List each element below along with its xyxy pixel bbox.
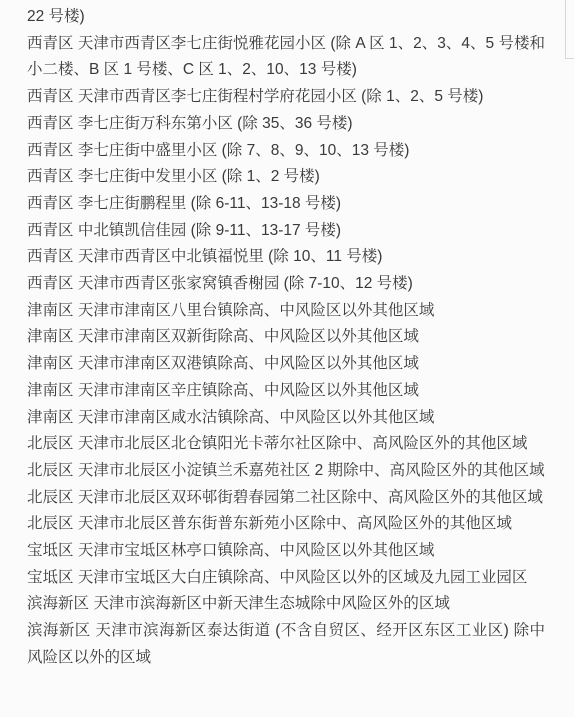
area-text: 天津市津南区咸水沽镇除高、中风险区以外其他区域 [78, 409, 435, 426]
area-text: 天津市滨海新区泰达街道 (不含自贸区、经开区东区工业区) 除中风险区以外的区域 [27, 622, 545, 666]
area-text: 天津市津南区双港镇除高、中风险区以外其他区域 [78, 355, 419, 372]
region-label: 津南区 [27, 328, 74, 345]
region-label: 西青区 [27, 222, 74, 239]
area-text: 天津市宝坻区大白庄镇除高、中风险区以外的区域及九园工业园区 [78, 569, 528, 586]
region-label: 西青区 [27, 115, 74, 132]
list-item: 北辰区 天津市北辰区普东街普东新苑小区除中、高风险区外的其他区域 [27, 511, 545, 538]
region-label: 北辰区 [27, 515, 74, 532]
area-text: 天津市津南区辛庄镇除高、中风险区以外其他区域 [78, 382, 419, 399]
list-item: 宝坻区 天津市宝坻区大白庄镇除高、中风险区以外的区域及九园工业园区 [27, 565, 545, 592]
area-text: 天津市西青区中北镇福悦里 (除 10、11 号楼) [78, 248, 383, 265]
list-item: 西青区 中北镇凯信佳园 (除 9-11、13-17 号楼) [27, 218, 545, 245]
region-label: 宝坻区 [27, 569, 74, 586]
area-text: 李七庄街鹏程里 (除 6-11、13-18 号楼) [78, 195, 341, 212]
clipped-panel-corner [565, 0, 574, 59]
region-label: 西青区 [27, 142, 74, 159]
area-text: 天津市津南区八里台镇除高、中风险区以外其他区域 [78, 302, 435, 319]
area-text: 天津市津南区双新街除高、中风险区以外其他区域 [78, 328, 419, 345]
region-label: 宝坻区 [27, 542, 74, 559]
region-label: 西青区 [27, 195, 74, 212]
list-item: 津南区 天津市津南区咸水沽镇除高、中风险区以外其他区域 [27, 405, 545, 432]
area-text: 天津市西青区李七庄街程村学府花园小区 (除 1、2、5 号楼) [78, 88, 484, 105]
list-item: 西青区 李七庄街中发里小区 (除 1、2 号楼) [27, 164, 545, 191]
list-item: 22 号楼) [27, 4, 545, 31]
area-text: 中北镇凯信佳园 (除 9-11、13-17 号楼) [78, 222, 341, 239]
region-label: 西青区 [27, 248, 74, 265]
area-text: 李七庄街中盛里小区 (除 7、8、9、10、13 号楼) [78, 142, 410, 159]
region-label: 滨海新区 [27, 595, 89, 612]
region-label: 北辰区 [27, 462, 74, 479]
list-item: 津南区 天津市津南区辛庄镇除高、中风险区以外其他区域 [27, 378, 545, 405]
list-item: 宝坻区 天津市宝坻区林亭口镇除高、中风险区以外其他区域 [27, 538, 545, 565]
region-label: 西青区 [27, 275, 74, 292]
region-label: 北辰区 [27, 489, 74, 506]
region-label: 西青区 [27, 168, 74, 185]
area-text: 天津市滨海新区中新天津生态城除中风险区外的区域 [93, 595, 450, 612]
area-text: 李七庄街万科东第小区 (除 35、36 号楼) [78, 115, 353, 132]
area-text: 天津市西青区李七庄街悦雅花园小区 (除 A 区 1、2、3、4、5 号楼和小二楼… [27, 35, 545, 79]
list-item: 北辰区 天津市北辰区小淀镇兰禾嘉苑社区 2 期除中、高风险区外的其他区域 [27, 458, 545, 485]
area-text: 天津市北辰区普东街普东新苑小区除中、高风险区外的其他区域 [78, 515, 512, 532]
region-label: 津南区 [27, 382, 74, 399]
list-item: 北辰区 天津市北辰区双环邨街碧春园第二社区除中、高风险区外的其他区域 [27, 485, 545, 512]
list-item: 滨海新区 天津市滨海新区中新天津生态城除中风险区外的区域 [27, 591, 545, 618]
list-item: 西青区 李七庄街中盛里小区 (除 7、8、9、10、13 号楼) [27, 138, 545, 165]
area-text: 天津市宝坻区林亭口镇除高、中风险区以外其他区域 [78, 542, 435, 559]
list-item: 津南区 天津市津南区双港镇除高、中风险区以外其他区域 [27, 351, 545, 378]
list-item: 西青区 天津市西青区李七庄街悦雅花园小区 (除 A 区 1、2、3、4、5 号楼… [27, 31, 545, 84]
list-item: 西青区 天津市西青区中北镇福悦里 (除 10、11 号楼) [27, 244, 545, 271]
region-label: 滨海新区 [27, 622, 91, 639]
list-item: 西青区 天津市西青区李七庄街程村学府花园小区 (除 1、2、5 号楼) [27, 84, 545, 111]
area-text: 天津市北辰区北仓镇阳光卡蒂尔社区除中、高风险区外的其他区域 [78, 435, 528, 452]
list-item: 津南区 天津市津南区八里台镇除高、中风险区以外其他区域 [27, 298, 545, 325]
region-label: 西青区 [27, 35, 74, 52]
risk-area-list: 22 号楼) 西青区 天津市西青区李七庄街悦雅花园小区 (除 A 区 1、2、3… [0, 0, 574, 672]
region-label: 津南区 [27, 302, 74, 319]
list-item: 西青区 李七庄街鹏程里 (除 6-11、13-18 号楼) [27, 191, 545, 218]
area-text: 天津市北辰区双环邨街碧春园第二社区除中、高风险区外的其他区域 [78, 489, 543, 506]
list-item: 津南区 天津市津南区双新街除高、中风险区以外其他区域 [27, 324, 545, 351]
area-text: 李七庄街中发里小区 (除 1、2 号楼) [78, 168, 320, 185]
region-label: 北辰区 [27, 435, 74, 452]
list-item: 滨海新区 天津市滨海新区泰达街道 (不含自贸区、经开区东区工业区) 除中风险区以… [27, 618, 545, 671]
area-text: 天津市西青区张家窝镇香榭园 (除 7-10、12 号楼) [78, 275, 413, 292]
list-item: 西青区 天津市西青区张家窝镇香榭园 (除 7-10、12 号楼) [27, 271, 545, 298]
area-text: 22 号楼) [27, 8, 85, 25]
list-item: 北辰区 天津市北辰区北仓镇阳光卡蒂尔社区除中、高风险区外的其他区域 [27, 431, 545, 458]
region-label: 津南区 [27, 409, 74, 426]
region-label: 津南区 [27, 355, 74, 372]
region-label: 西青区 [27, 88, 74, 105]
area-text: 天津市北辰区小淀镇兰禾嘉苑社区 2 期除中、高风险区外的其他区域 [78, 462, 545, 479]
list-item: 西青区 李七庄街万科东第小区 (除 35、36 号楼) [27, 111, 545, 138]
